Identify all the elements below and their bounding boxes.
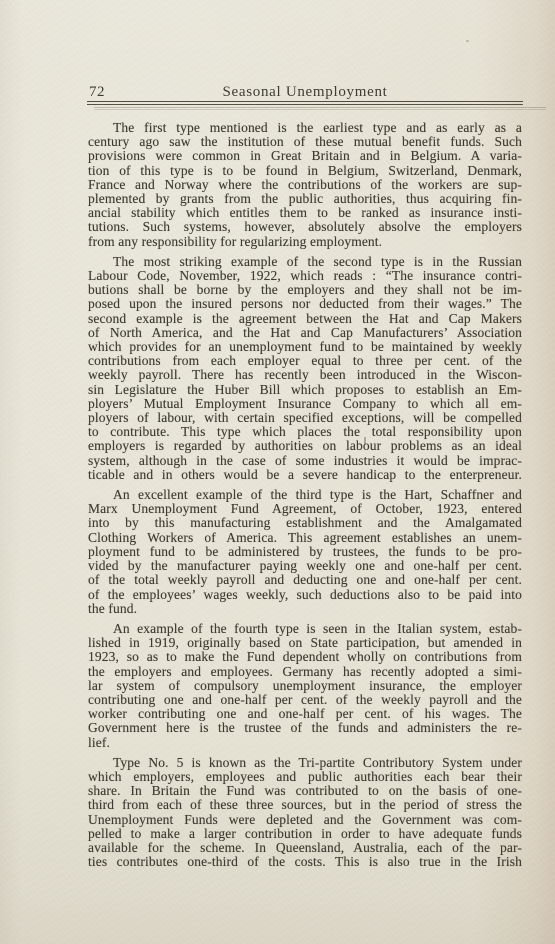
text-line: the employers and employees. Germany has… [88, 665, 522, 679]
text-line: available for the scheme. In Queensland,… [88, 841, 522, 855]
page-body: The first type mentioned is the earliest… [88, 121, 522, 875]
text-line: Government here is the trustee of the fu… [88, 721, 522, 735]
text-line: into by this manufacturing establishment… [88, 516, 522, 530]
text-line: weekly payroll. There has recently been … [88, 368, 522, 382]
text-line: from any responsibility for regularizing… [88, 235, 522, 249]
text-line: Unemployment Funds were depleted and the… [88, 813, 522, 827]
text-line: Labour Code, November, 1922, which reads… [88, 269, 522, 283]
text-line: to contribute. This type which places th… [88, 425, 522, 439]
text-line: of North America, and the Hat and Cap Ma… [88, 326, 522, 340]
text-line: contributions from each employer equal t… [88, 354, 522, 368]
page-header: 72 Seasonal Unemployment [88, 84, 522, 100]
text-line: ployment fund to be administered by trus… [88, 545, 522, 559]
text-line: which employers, employees and public au… [88, 770, 522, 784]
text-line: Clothing Workers of America. This agreem… [88, 531, 522, 545]
text-line: The first type mentioned is the earliest… [88, 121, 522, 135]
paragraph: An example of the fourth type is seen in… [88, 622, 522, 750]
paragraph: The most striking example of the second … [88, 255, 522, 482]
text-line: 1923, so as to make the Fund dependent w… [88, 650, 522, 664]
text-line: Type No. 5 is known as the Tri-partite C… [88, 756, 522, 770]
text-line: tion of this type is to be found in Belg… [88, 164, 522, 178]
text-line: An excellent example of the third type i… [88, 488, 522, 502]
text-line: contributing one and one-half per cent. … [88, 693, 522, 707]
text-line: of the total weekly payroll and deductin… [88, 573, 522, 587]
text-line: ployers of labour, with certain specifie… [88, 411, 522, 425]
running-title: Seasonal Unemployment [88, 84, 522, 101]
text-line: second example is the agreement between … [88, 312, 522, 326]
text-line: vided by the manufacturer paying weekly … [88, 559, 522, 573]
text-line: century ago saw the institution of these… [88, 135, 522, 149]
paper-speck [466, 40, 469, 42]
text-line: pelled to make a larger contribution in … [88, 827, 522, 841]
text-line: The most striking example of the second … [88, 255, 522, 269]
text-line: posed upon the insured persons nor deduc… [88, 297, 522, 311]
paragraph: An excellent example of the third type i… [88, 488, 522, 616]
text-line: plemented by grants from the public auth… [88, 192, 522, 206]
paragraph: The first type mentioned is the earliest… [88, 121, 522, 249]
text-line: lar system of compulsory unemployment in… [88, 679, 522, 693]
text-line: ticable and in others would be a severe … [88, 468, 522, 482]
text-line: lief. [88, 736, 522, 750]
text-line: ancial stability which entitles them to … [88, 206, 522, 220]
header-double-rule [87, 101, 523, 105]
text-line: lished in 1919, originally based on Stat… [88, 636, 522, 650]
text-line: France and Norway where the contribution… [88, 178, 522, 192]
text-line: provisions were common in Great Britain … [88, 149, 522, 163]
book-page: 72 Seasonal Unemployment The first type … [0, 0, 555, 944]
text-line: butions shall be borne by the employers … [88, 283, 522, 297]
text-line: An example of the fourth type is seen in… [88, 622, 522, 636]
text-line: ployers’ Mutual Employment Insurance Com… [88, 397, 522, 411]
paragraph: Type No. 5 is known as the Tri-partite C… [88, 756, 522, 870]
text-line: share. In Britain the Fund was contribut… [88, 784, 522, 798]
text-line: which provides for an unemployment fund … [88, 340, 522, 354]
text-line: third from each of these three sources, … [88, 798, 522, 812]
text-line: the fund. [88, 602, 522, 616]
text-line: tutions. Such systems, however, absolute… [88, 220, 522, 234]
header-rule-echo [94, 107, 546, 110]
text-line: system, although in the case of some ind… [88, 454, 522, 468]
text-line: sin Legislature the Huber Bill which pro… [88, 383, 522, 397]
text-line: employers is regarded by authorities on … [88, 439, 522, 453]
text-line: worker contributing one and one-half per… [88, 707, 522, 721]
text-line: of the employees’ wages weekly, such ded… [88, 588, 522, 602]
text-line: Marx Unemployment Fund Agreement, of Oct… [88, 502, 522, 516]
text-line: ties contributes one-third of the costs.… [88, 855, 522, 869]
